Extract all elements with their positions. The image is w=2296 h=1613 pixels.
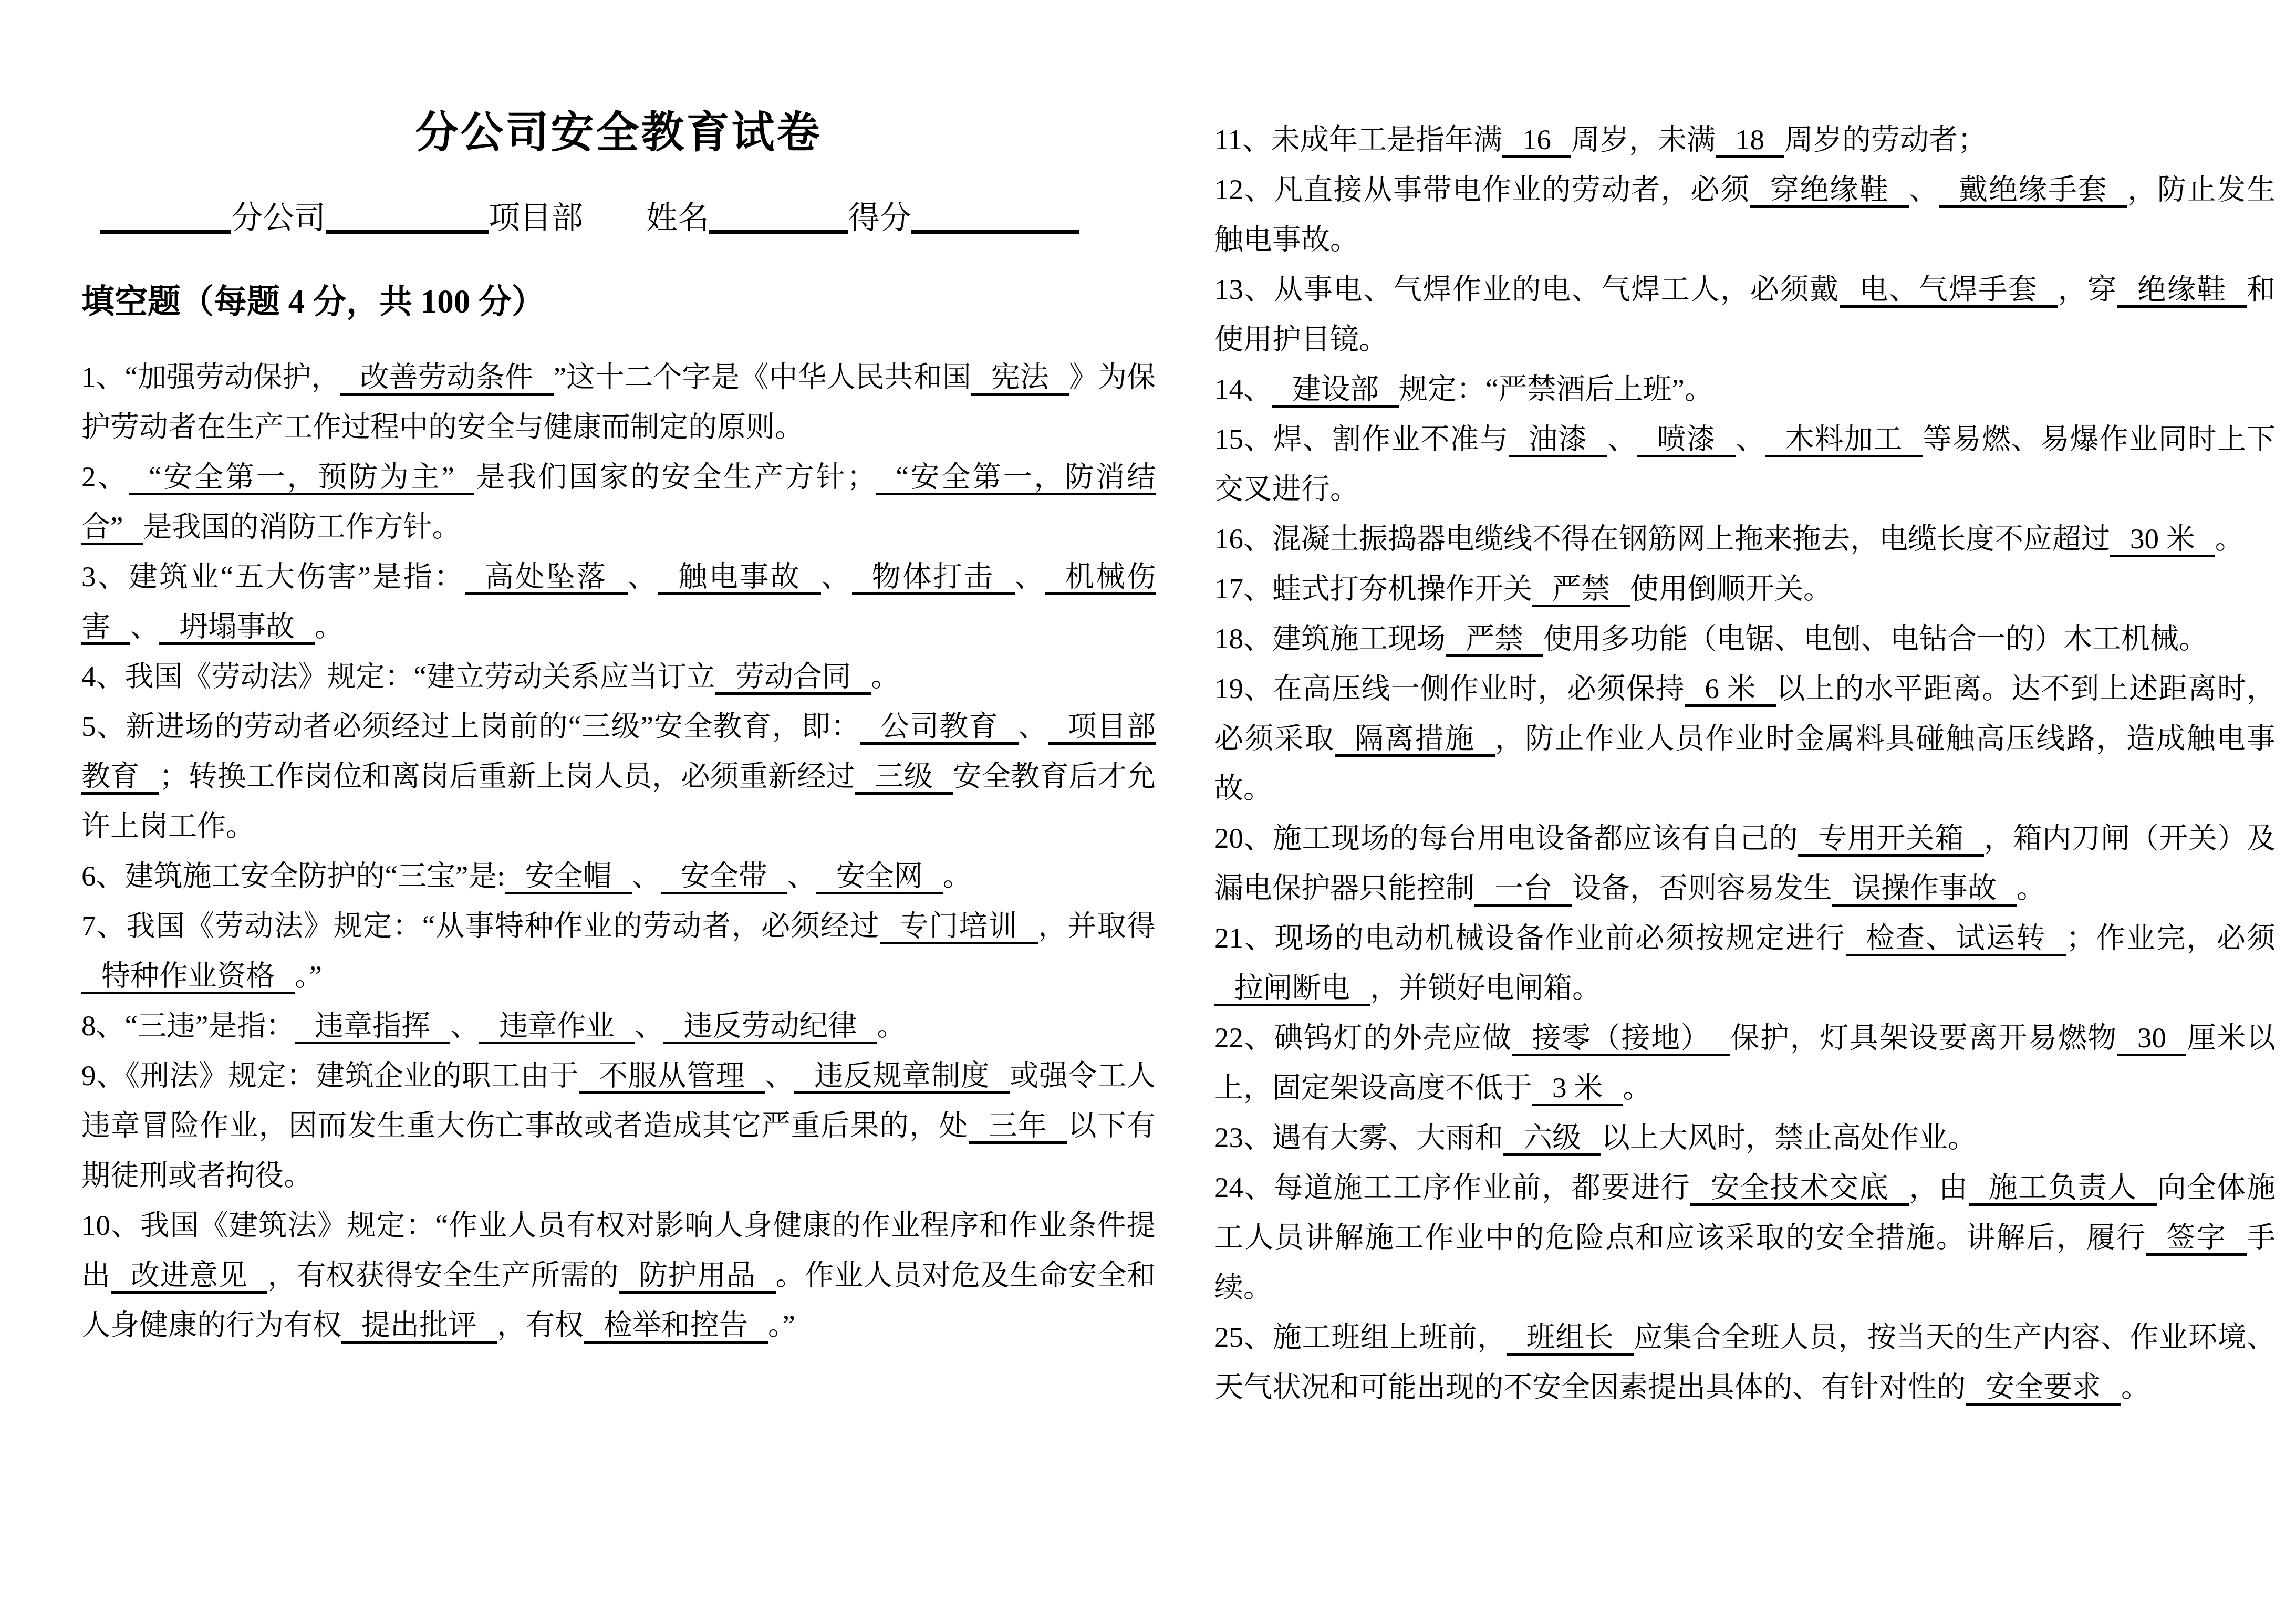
question-text: 20、施工现场的每台用电设备都应该有自己的 — [1214, 822, 1798, 854]
fill-in-blank-answer: 安全技术交底 — [1690, 1171, 1909, 1206]
question-text: 14、 — [1214, 373, 1272, 405]
question-text: ，穿 — [2058, 273, 2117, 305]
fill-in-blank-answer: 安全帽 — [505, 860, 632, 894]
fill-in-blank-answer: 戴绝缘手套 — [1939, 173, 2127, 208]
question-text: 。 — [1623, 1071, 1651, 1104]
fill-in-blank-answer: 违反劳动纪律 — [663, 1010, 877, 1044]
fill-in-blank-answer: 违反规章制度 — [794, 1059, 1010, 1094]
question-18: 18、建筑施工现场严禁使用多功能（电锯、电刨、电钻合一的）木工机械。 — [1214, 613, 2276, 663]
question-2: 2、“安全第一，预防为主”是我们国家的安全生产方针；“安全第一，防消结合”是我国… — [81, 452, 1156, 551]
question-text: ，有权 — [497, 1309, 584, 1341]
question-14: 14、建设部规定：“严禁酒后上班”。 — [1214, 364, 2276, 414]
question-text: 、 — [632, 860, 661, 892]
fill-in-blank-answer: 检查、试运转 — [1846, 922, 2066, 956]
fill-in-blank-answer: 18 — [1716, 123, 1784, 158]
question-text: 。 — [2215, 523, 2244, 555]
question-text: 2、 — [81, 461, 129, 493]
question-7: 7、我国《劳动法》规定：“从事特种作业的劳动者，必须经过专门培训，并取得特种作业… — [81, 901, 1156, 1001]
fill-in-blank-answer: 安全网 — [816, 860, 943, 894]
question-text: ，并取得 — [1038, 910, 1156, 942]
fill-in-blank-answer: 物体打击 — [852, 560, 1015, 595]
question-text: 11、未成年工是指年满 — [1214, 123, 1502, 155]
question-1: 1、“加强劳动保护，改善劳动条件”这十二个字是《中华人民共和国宪法》为保护劳动者… — [81, 352, 1156, 452]
page-title: 分公司安全教育试卷 — [81, 102, 1156, 163]
document-page: 分公司安全教育试卷 分公司项目部 姓名得分 填空题（每题 4 分，共 100 分… — [0, 0, 2296, 1613]
fill-in-blank-answer: 穿绝缘鞋 — [1750, 173, 1909, 208]
question-25: 25、施工班组上班前，班组长应集合全班人员，按当天的生产内容、作业环境、天气状况… — [1214, 1312, 2276, 1412]
question-text: 、 — [450, 1010, 479, 1042]
question-text: 、 — [1909, 173, 1939, 205]
question-text: 12、凡直接从事带电作业的劳动者，必须 — [1214, 173, 1750, 205]
question-text: 、 — [628, 560, 658, 592]
fill-in-blank-answer: 检举和控告 — [584, 1309, 768, 1344]
question-19: 19、在高压线一侧作业时，必须保持6 米以上的水平距离。达不到上述距离时，必须采… — [1214, 663, 2276, 813]
fill-in-blank-answer: 严禁 — [1446, 622, 1543, 657]
empty-fill-blank — [709, 213, 848, 234]
question-21: 21、现场的电动机械设备作业前必须按规定进行检查、试运转；作业完，必须拉闸断电，… — [1214, 913, 2276, 1013]
fill-in-blank-answer: 施工负责人 — [1969, 1171, 2157, 1206]
question-text: 、 — [635, 1010, 663, 1042]
question-text: 16、混凝土振捣器电缆线不得在钢筋网上拖来拖去，电缆长度不应超过 — [1214, 523, 2110, 555]
question-text: 。 — [871, 660, 900, 692]
header-fill-line: 分公司项目部 姓名得分 — [81, 192, 1156, 244]
fill-in-blank-answer: “安全第一，预防为主” — [129, 461, 474, 495]
question-text: 保护，灯具架设要离开易燃物 — [1730, 1022, 2117, 1054]
fill-in-blank-answer: 三级 — [855, 760, 953, 795]
question-text: 19、在高压线一侧作业时，必须保持 — [1214, 672, 1685, 704]
right-column: 11、未成年工是指年满16周岁，未满18周岁的劳动者；12、凡直接从事带电作业的… — [1214, 115, 2276, 1412]
question-15: 15、焊、割作业不准与油漆、喷漆、木料加工等易燃、易爆作业同时上下交叉进行。 — [1214, 414, 2276, 514]
question-6: 6、建筑施工安全防护的“三宝”是:安全帽、安全带、安全网。 — [81, 851, 1156, 901]
fill-in-blank-answer: 公司教育 — [860, 710, 1019, 745]
fill-in-blank-answer: 违章指挥 — [295, 1010, 450, 1044]
fill-in-blank-answer: 六级 — [1503, 1121, 1601, 1156]
question-text: 。 — [2017, 872, 2045, 904]
question-text: 23、遇有大雾、大雨和 — [1214, 1121, 1503, 1153]
question-text: 。 — [943, 860, 972, 892]
question-text: 。 — [2121, 1371, 2150, 1403]
question-text: 13、从事电、气焊作业的电、气焊工人，必须戴 — [1214, 273, 1840, 305]
fill-in-blank-answer: 防护用品 — [619, 1259, 776, 1294]
empty-fill-blank — [326, 213, 489, 234]
question-text: 7、我国《劳动法》规定：“从事特种作业的劳动者，必须经过 — [81, 910, 880, 942]
question-text: 项目部 — [489, 201, 583, 235]
fill-in-blank-answer: 6 米 — [1685, 672, 1776, 707]
question-text: 是我们国家的安全生产方针； — [474, 461, 876, 493]
question-text: ，并锁好电闸箱。 — [1370, 972, 1601, 1004]
question-23: 23、遇有大雾、大雨和六级以上大风时，禁止高处作业。 — [1214, 1112, 2276, 1162]
fill-in-blank-answer: 触电事故 — [658, 560, 821, 595]
question-text: 是我国的消防工作方针。 — [143, 511, 461, 543]
question-9: 9、《刑法》规定：建筑企业的职工由于不服从管理、违反规章制度或强令工人违章冒险作… — [81, 1050, 1156, 1200]
question-text: 8、“三违”是指： — [81, 1010, 295, 1042]
question-16: 16、混凝土振捣器电缆线不得在钢筋网上拖来拖去，电缆长度不应超过30 米。 — [1214, 514, 2276, 564]
question-text: 姓名 — [583, 201, 709, 235]
question-text: 4、我国《劳动法》规定：“建立劳动关系应当订立 — [81, 660, 715, 692]
fill-in-blank-answer: 3 米 — [1532, 1071, 1623, 1106]
question-11: 11、未成年工是指年满16周岁，未满18周岁的劳动者； — [1214, 115, 2276, 164]
question-text: 25、施工班组上班前， — [1214, 1321, 1507, 1353]
question-text: 周岁，未满 — [1571, 123, 1716, 155]
fill-in-blank-answer: 专用开关箱 — [1798, 822, 1984, 857]
fill-in-blank-answer: 接零（接地） — [1512, 1022, 1731, 1056]
question-text: ，有权获得安全生产所需的 — [267, 1259, 618, 1291]
fill-in-blank-answer: 严禁 — [1532, 573, 1630, 607]
question-text: 、 — [130, 610, 159, 642]
question-text: 、 — [1019, 710, 1048, 742]
fill-in-blank-answer: 劳动合同 — [715, 660, 871, 695]
fill-in-blank-answer: 喷漆 — [1637, 423, 1736, 457]
question-text: 、 — [1736, 423, 1765, 455]
left-column: 分公司安全教育试卷 分公司项目部 姓名得分 填空题（每题 4 分，共 100 分… — [81, 102, 1156, 1350]
fill-in-blank-answer: 高处坠落 — [465, 560, 628, 595]
empty-fill-blank — [911, 213, 1079, 234]
question-text: 21、现场的电动机械设备作业前必须按规定进行 — [1214, 922, 1846, 954]
question-text: 、 — [821, 560, 851, 592]
question-text: 、 — [787, 860, 816, 892]
question-text: 规定：“严禁酒后上班”。 — [1399, 373, 1713, 405]
question-4: 4、我国《劳动法》规定：“建立劳动关系应当订立劳动合同。 — [81, 651, 1156, 701]
question-text: 6、建筑施工安全防护的“三宝”是: — [81, 860, 505, 892]
fill-in-blank-answer: 提出批评 — [341, 1309, 497, 1344]
fill-in-blank-answer: 安全要求 — [1966, 1371, 2121, 1406]
question-22: 22、碘钨灯的外壳应做接零（接地）保护，灯具架设要离开易燃物30厘米以上，固定架… — [1214, 1013, 2276, 1112]
question-text: 17、蛙式打夯机操作开关 — [1214, 573, 1532, 605]
question-text: 。” — [295, 960, 322, 992]
question-text: 以上大风时，禁止高处作业。 — [1601, 1121, 1977, 1153]
question-text: ”这十二个字是《中华人民共和国 — [554, 361, 971, 393]
question-text: 5、新进场的劳动者必须经过上岗前的“三级”安全教育，即： — [81, 710, 860, 742]
question-13: 13、从事电、气焊作业的电、气焊工人，必须戴电、气焊手套，穿绝缘鞋和使用护目镜。 — [1214, 264, 2276, 364]
fill-in-blank-answer: 安全带 — [661, 860, 787, 894]
fill-in-blank-answer: 绝缘鞋 — [2117, 273, 2247, 308]
fill-in-blank-answer: 班组长 — [1507, 1321, 1634, 1356]
question-8: 8、“三违”是指：违章指挥、违章作业、违反劳动纪律。 — [81, 1001, 1156, 1050]
fill-in-blank-answer: 三年 — [969, 1109, 1068, 1144]
question-text: 使用倒顺开关。 — [1630, 573, 1832, 605]
question-3: 3、建筑业“五大伤害”是指：高处坠落、触电事故、物体打击、机械伤害、坍塌事故。 — [81, 551, 1156, 651]
fill-in-blank-answer: 一台 — [1474, 872, 1572, 907]
question-text: 3、建筑业“五大伤害”是指： — [81, 560, 465, 592]
question-text: 、 — [1015, 560, 1045, 592]
fill-in-blank-answer: 改进意见 — [111, 1259, 268, 1294]
question-text: 设备，否则容易发生 — [1572, 872, 1832, 904]
fill-in-blank-answer: 16 — [1502, 123, 1571, 158]
question-17: 17、蛙式打夯机操作开关严禁使用倒顺开关。 — [1214, 564, 2276, 613]
fill-in-blank-answer: 违章作业 — [479, 1010, 635, 1044]
question-text: 分公司 — [231, 201, 326, 235]
fill-in-blank-answer: 30 — [2117, 1022, 2186, 1056]
question-text: 。 — [315, 610, 344, 642]
question-10: 10、我国《建筑法》规定：“作业人员有权对影响人身健康的作业程序和作业条件提出改… — [81, 1200, 1156, 1350]
question-text: 18、建筑施工现场 — [1214, 622, 1446, 654]
question-text: ；转换工作岗位和离岗后重新上岗人员，必须重新经过 — [159, 760, 855, 792]
question-text: 、 — [765, 1059, 795, 1091]
fill-in-blank-answer: 不服从管理 — [579, 1059, 765, 1094]
fill-in-blank-answer: 改善劳动条件 — [340, 361, 553, 396]
question-text: 得分 — [848, 201, 911, 235]
section-heading: 填空题（每题 4 分，共 100 分） — [81, 277, 1156, 327]
fill-in-blank-answer: 木料加工 — [1765, 423, 1923, 457]
question-text: 使用多功能（电锯、电刨、电钻合一的）木工机械。 — [1543, 622, 2208, 654]
question-text: 、 — [1607, 423, 1637, 455]
questions-left: 1、“加强劳动保护，改善劳动条件”这十二个字是《中华人民共和国宪法》为保护劳动者… — [81, 352, 1156, 1350]
fill-in-blank-answer: 油漆 — [1509, 423, 1607, 457]
fill-in-blank-answer: 误操作事故 — [1832, 872, 2017, 907]
fill-in-blank-answer: 专门培训 — [880, 910, 1038, 944]
fill-in-blank-answer: 隔离措施 — [1335, 722, 1495, 757]
fill-in-blank-answer: 宪法 — [971, 361, 1069, 396]
question-text: 周岁的劳动者； — [1784, 123, 1987, 155]
fill-in-blank-answer: 坍塌事故 — [159, 610, 315, 645]
question-text: 22、碘钨灯的外壳应做 — [1214, 1022, 1512, 1054]
fill-in-blank-answer: 电、气焊手套 — [1840, 273, 2058, 308]
fill-in-blank-answer: 拉闸断电 — [1214, 972, 1370, 1006]
question-20: 20、施工现场的每台用电设备都应该有自己的专用开关箱，箱内刀闸（开关）及漏电保护… — [1214, 813, 2276, 913]
question-5: 5、新进场的劳动者必须经过上岗前的“三级”安全教育，即：公司教育、项目部教育；转… — [81, 701, 1156, 851]
question-24: 24、每道施工工序作业前，都要进行安全技术交底，由施工负责人向全体施工人员讲解施… — [1214, 1162, 2276, 1312]
empty-fill-blank — [100, 213, 231, 234]
question-text: 24、每道施工工序作业前，都要进行 — [1214, 1171, 1690, 1203]
question-text: ；作业完，必须 — [2066, 922, 2276, 954]
fill-in-blank-answer: 30 米 — [2110, 523, 2215, 557]
question-text: 15、焊、割作业不准与 — [1214, 423, 1509, 455]
question-text: ，由 — [1909, 1171, 1968, 1203]
question-text: 1、“加强劳动保护， — [81, 361, 340, 393]
question-text: 9、《刑法》规定：建筑企业的职工由于 — [81, 1059, 579, 1091]
fill-in-blank-answer: 签字 — [2146, 1221, 2246, 1256]
fill-in-blank-answer: 特种作业资格 — [81, 960, 295, 994]
question-text: 。” — [768, 1309, 795, 1341]
question-12: 12、凡直接从事带电作业的劳动者，必须穿绝缘鞋、戴绝缘手套，防止发生触电事故。 — [1214, 164, 2276, 264]
question-text: 。 — [877, 1010, 906, 1042]
fill-in-blank-answer: 建设部 — [1272, 373, 1399, 408]
